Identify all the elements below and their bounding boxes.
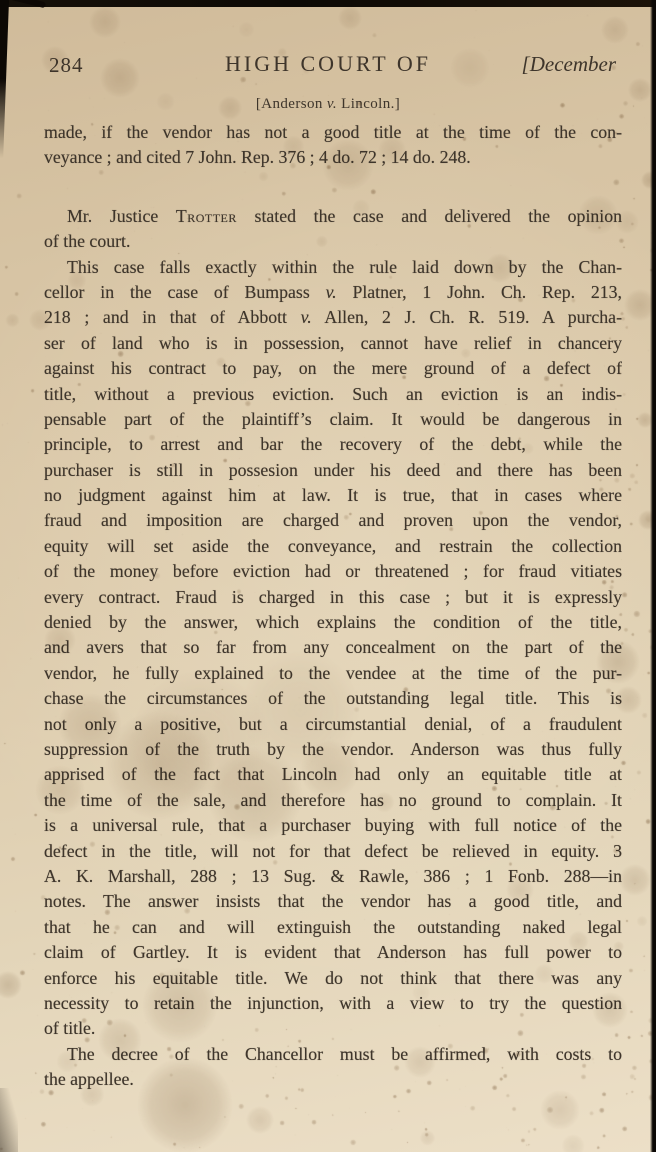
- text-segment: necessity to retain the injunction, with…: [44, 993, 622, 1013]
- text-line: made, if the vendor has not a good title…: [44, 120, 622, 145]
- text-segment: Allen, 2 J. Ch. R. 519. A purcha-: [312, 307, 622, 327]
- text-segment: of the money before eviction had or thre…: [44, 561, 622, 581]
- text-segment: stated the case and delivered the opinio…: [237, 206, 622, 226]
- text-segment: not only a positive, but a circumstantia…: [44, 714, 622, 734]
- text-line: of the money before eviction had or thre…: [44, 559, 622, 584]
- scan-corner-bottom-left: [0, 1088, 18, 1152]
- text-segment: Mr. Justice: [67, 206, 176, 226]
- text-line: necessity to retain the injunction, with…: [44, 991, 622, 1016]
- case-caption-versus: v.: [327, 96, 337, 112]
- text-line: enforce his equitable title. We do not t…: [44, 966, 622, 991]
- text-segment: of title.: [44, 1018, 95, 1038]
- paragraph: The decree of the Chancellor must be aff…: [44, 1042, 622, 1093]
- text-line: equity will set aside the conveyance, an…: [44, 534, 622, 559]
- scan-edge-left: [0, 0, 9, 158]
- case-caption-defendant: Lincoln.]: [337, 96, 400, 112]
- text-line: cellor in the case of Bumpass v. Platner…: [44, 280, 622, 305]
- text-segment: every contract. Fraud is charged in this…: [44, 587, 622, 607]
- text-line: claim of Gartley. It is evident that And…: [44, 940, 622, 965]
- body-text: made, if the vendor has not a good title…: [44, 120, 622, 1092]
- text-segment: The decree of the Chancellor must be aff…: [67, 1044, 622, 1064]
- text-segment: denied by the answer, which explains the…: [44, 612, 622, 632]
- scan-edge-top: [0, 0, 656, 7]
- text-line: the time of the sale, and therefore has …: [44, 788, 622, 813]
- text-line: denied by the answer, which explains the…: [44, 610, 622, 635]
- paragraph: This case falls exactly within the rule …: [44, 255, 622, 1042]
- text-segment: notes. The answer insists that the vendo…: [44, 891, 622, 911]
- text-line: purchaser is still in possesion under hi…: [44, 458, 622, 483]
- text-segment: equity will set aside the conveyance, an…: [44, 536, 622, 556]
- paragraph: Mr. Justice Trotter stated the case and …: [44, 204, 622, 255]
- text-segment: purchaser is still in possesion under hi…: [44, 460, 622, 480]
- text-segment: Platner, 1 John. Ch. Rep. 213,: [337, 282, 622, 302]
- text-line: A. K. Marshall, 288 ; 13 Sug. & Rawle, 3…: [44, 864, 622, 889]
- text-line: 218 ; and in that of Abbott v. Allen, 2 …: [44, 305, 622, 330]
- text-segment: against his contract to pay, on the mere…: [44, 358, 622, 378]
- text-line: of the court.: [44, 229, 622, 254]
- text-segment: claim of Gartley. It is evident that And…: [44, 942, 622, 962]
- text-line: is a universal rule, that a purchaser bu…: [44, 813, 622, 838]
- text-segment: chase the circumstances of the outstandi…: [44, 688, 622, 708]
- text-line: every contract. Fraud is charged in this…: [44, 585, 622, 610]
- text-line: principle, to arrest and bar the recover…: [44, 432, 622, 457]
- text-line: apprised of the fact that Lincoln had on…: [44, 762, 622, 787]
- text-segment: ser of land who is in possession, cannot…: [44, 333, 622, 353]
- text-line: title, without a previous eviction. Such…: [44, 382, 622, 407]
- case-caption-plaintiff: [Anderson: [256, 96, 327, 112]
- text-segment: suppression of the truth by the vendor. …: [44, 739, 622, 759]
- text-segment: and avers that so far from any concealme…: [44, 637, 622, 657]
- text-line: This case falls exactly within the rule …: [44, 255, 622, 280]
- text-segment: apprised of the fact that Lincoln had on…: [44, 764, 622, 784]
- text-line: no judgment against him at law. It is tr…: [44, 483, 622, 508]
- text-segment: enforce his equitable title. We do not t…: [44, 968, 622, 988]
- text-segment: principle, to arrest and bar the recover…: [44, 434, 622, 454]
- text-segment: pensable part of the plaintiff’s claim. …: [44, 409, 622, 429]
- text-segment: the time of the sale, and therefore has …: [44, 790, 622, 810]
- paragraph: made, if the vendor has not a good title…: [44, 120, 622, 171]
- text-line: Mr. Justice Trotter stated the case and …: [44, 204, 622, 229]
- text-segment: defect in the title, will not for that d…: [44, 841, 622, 861]
- text-line: notes. The answer insists that the vendo…: [44, 889, 622, 914]
- case-caption: [Anderson v. Lincoln.]: [0, 96, 656, 113]
- text-segment: v.: [326, 282, 337, 302]
- text-line: defect in the title, will not for that d…: [44, 839, 622, 864]
- text-line: chase the circumstances of the outstandi…: [44, 686, 622, 711]
- text-line: the appellee.: [44, 1067, 622, 1092]
- text-segment: fraud and imposition are charged and pro…: [44, 510, 622, 530]
- text-segment: 218 ; and in that of Abbott: [44, 307, 301, 327]
- text-segment: v.: [301, 307, 312, 327]
- text-line: veyance ; and cited 7 John. Rep. 376 ; 4…: [44, 145, 622, 170]
- text-segment: veyance ; and cited 7 John. Rep. 376 ; 4…: [44, 147, 471, 167]
- text-line: that he can and will extinguish the outs…: [44, 915, 622, 940]
- text-segment: A. K. Marshall, 288 ; 13 Sug. & Rawle, 3…: [44, 866, 622, 886]
- text-segment: vendor, he fully explained to the vendee…: [44, 663, 622, 683]
- book-page: 284 HIGH COURT OF [December [Anderson v.…: [0, 0, 656, 1152]
- text-segment: Trotter: [176, 206, 237, 226]
- text-segment: is a universal rule, that a purchaser bu…: [44, 815, 622, 835]
- text-segment: that he can and will extinguish the outs…: [44, 917, 622, 937]
- text-line: against his contract to pay, on the mere…: [44, 356, 622, 381]
- scan-edge-right: [650, 0, 656, 1152]
- text-segment: the appellee.: [44, 1069, 134, 1089]
- text-line: not only a positive, but a circumstantia…: [44, 712, 622, 737]
- text-segment: made, if the vendor has not a good title…: [44, 122, 622, 142]
- text-line: The decree of the Chancellor must be aff…: [44, 1042, 622, 1067]
- text-line: fraud and imposition are charged and pro…: [44, 508, 622, 533]
- text-line: of title.: [44, 1016, 622, 1041]
- text-segment: of the court.: [44, 231, 130, 251]
- text-line: vendor, he fully explained to the vendee…: [44, 661, 622, 686]
- text-segment: title, without a previous eviction. Such…: [44, 384, 622, 404]
- text-line: suppression of the truth by the vendor. …: [44, 737, 622, 762]
- term-label: [December: [522, 52, 616, 77]
- text-segment: This case falls exactly within the rule …: [67, 257, 622, 277]
- text-segment: no judgment against him at law. It is tr…: [44, 485, 622, 505]
- text-line: pensable part of the plaintiff’s claim. …: [44, 407, 622, 432]
- text-line: and avers that so far from any concealme…: [44, 635, 622, 660]
- text-line: ser of land who is in possession, cannot…: [44, 331, 622, 356]
- text-segment: cellor in the case of Bumpass: [44, 282, 326, 302]
